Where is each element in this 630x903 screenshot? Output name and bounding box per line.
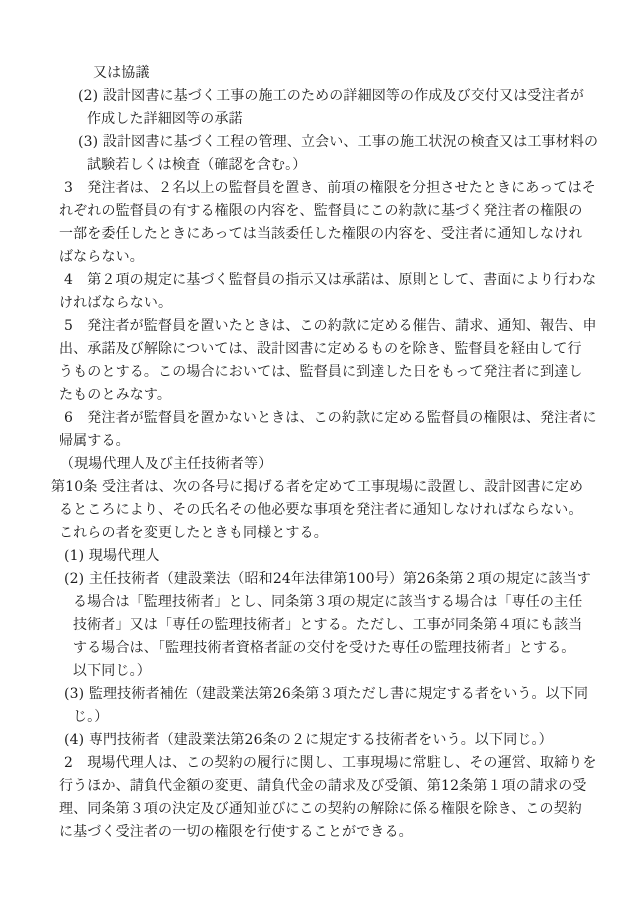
doc-line: する場合は、「監理技術者資格者証の交付を受けた専任の監理技術者」とする。: [0, 637, 630, 660]
doc-line: 理、同条第３項の決定及び通知並びにこの契約の解除に係る権限を除き、この契約: [0, 798, 630, 821]
doc-line: じ。）: [0, 706, 630, 729]
list-item-line: (2) 主任技術者（建設業法（昭和24年法律第100号）第26条第２項の規定に該…: [0, 568, 630, 591]
doc-line: 試験若しくは検査（確認を含む。）: [0, 154, 630, 177]
doc-line: たものとみなす。: [0, 384, 630, 407]
list-item-line: (1) 現場代理人: [0, 545, 630, 568]
doc-line: これらの者を変更したときも同様とする。: [0, 522, 630, 545]
list-item-line: (3) 監理技術者補佐（建設業法第26条第３項ただし書に規定する者をいう。以下同: [0, 683, 630, 706]
document-page: 又は協議 (2) 設計図書に基づく工事の施工のための詳細図等の作成及び交付又は受…: [0, 0, 630, 903]
doc-line: 出、承諾及び解除については、設計図書に定めるものを除き、監督員を経由して行: [0, 338, 630, 361]
list-item-line: (4) 専門技術者（建設業法第26条の２に規定する技術者をいう。以下同じ。）: [0, 729, 630, 752]
doc-line: 帰属する。: [0, 430, 630, 453]
paragraph-4-line: 4 第２項の規定に基づく監督員の指示又は承諾は、原則として、書面により行わな: [0, 269, 630, 292]
paragraph-6-line: 6 発注者が監督員を置かないときは、この約款に定める監督員の権限は、発注者に: [0, 407, 630, 430]
doc-line: うものとする。この場合においては、監督員に到達した日をもって発注者に到達し: [0, 361, 630, 384]
doc-line: 作成した詳細図等の承諾: [0, 108, 630, 131]
doc-line: 行うほか、請負代金額の変更、請負代金の請求及び受領、第12条第１項の請求の受: [0, 775, 630, 798]
article-10-line: 第10条 受注者は、次の各号に掲げる者を定めて工事現場に設置し、設計図書に定め: [0, 476, 630, 499]
doc-line: る場合は「監理技術者」とし、同条第３項の規定に該当する場合は「専任の主任: [0, 591, 630, 614]
doc-line: ばならない。: [0, 246, 630, 269]
paragraph-5-line: 5 発注者が監督員を置いたときは、この約款に定める催告、請求、通知、報告、申: [0, 315, 630, 338]
doc-line: ければならない。: [0, 292, 630, 315]
doc-line: れぞれの監督員の有する権限の内容を、監督員にこの約款に基づく発注者の権限の: [0, 200, 630, 223]
doc-line-carryover: 又は協議: [0, 62, 630, 85]
paragraph-3-line: 3 発注者は、２名以上の監督員を置き、前項の権限を分担させたときにあってはそ: [0, 177, 630, 200]
doc-line: に基づく受注者の一切の権限を行使することができる。: [0, 821, 630, 844]
section-heading: （現場代理人及び主任技術者等）: [0, 453, 630, 476]
list-item-line: (3) 設計図書に基づく工程の管理、立会い、工事の施工状況の検査又は工事材料の: [0, 131, 630, 154]
doc-line: 一部を委任したときにあっては当該委任した権限の内容を、受注者に通知しなけれ: [0, 223, 630, 246]
doc-line: るところにより、その氏名その他必要な事項を発注者に通知しなければならない。: [0, 499, 630, 522]
paragraph-2-line: 2 現場代理人は、この契約の履行に関し、工事現場に常駐し、その運営、取締りを: [0, 752, 630, 775]
doc-line: 技術者」又は「専任の監理技術者」とする。ただし、工事が同条第４項にも該当: [0, 614, 630, 637]
doc-line: 以下同じ。）: [0, 660, 630, 683]
list-item-line: (2) 設計図書に基づく工事の施工のための詳細図等の作成及び交付又は受注者が: [0, 85, 630, 108]
